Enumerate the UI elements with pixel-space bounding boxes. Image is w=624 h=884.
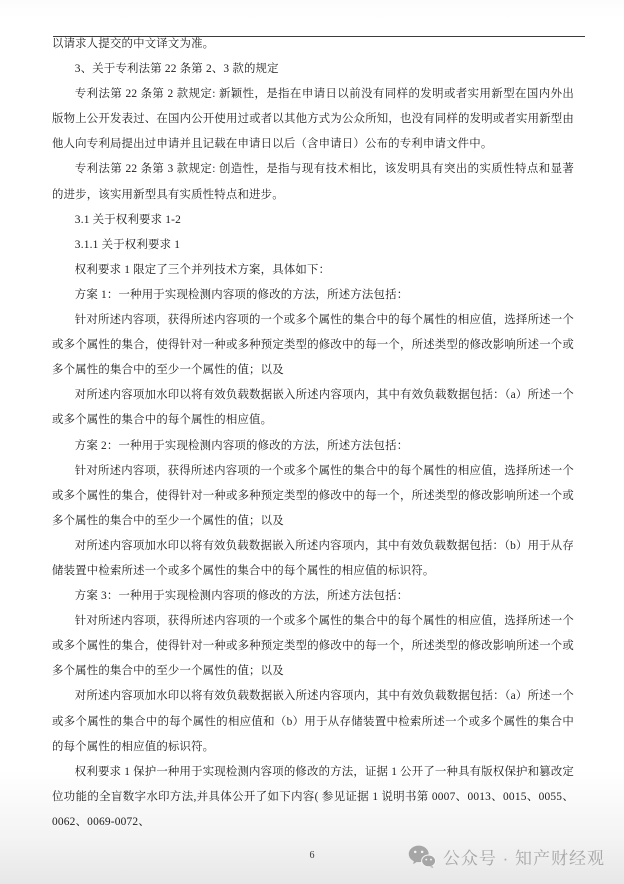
- paragraph: 对所述内容项加水印以将有效负载数据嵌入所述内容项内，其中有效负载数据包括：（b）…: [52, 534, 574, 584]
- document-page: { "document": { "paragraphs": [ { "inden…: [0, 0, 624, 884]
- paragraph: 针对所述内容项，获得所述内容项的一个或多个属性的集合中的每个属性的相应值，选择所…: [52, 459, 574, 534]
- paragraph: 3.1.1 关于权利要求 1: [52, 233, 574, 258]
- wechat-icon: [408, 845, 436, 868]
- paragraph: 方案 1：一种用于实现检测内容项的修改的方法，所述方法包括：: [52, 283, 574, 308]
- paragraph: 针对所述内容项，获得所述内容项的一个或多个属性的集合中的每个属性的相应值，选择所…: [52, 609, 574, 684]
- paragraph: 专利法第 22 条第 3 款规定: 创造性，是指与现有技术相比，该发明具有突出的…: [52, 157, 574, 207]
- paragraph: 权利要求 1 保护一种用于实现检测内容项的修改的方法，证据 1 公开了一种具有版…: [52, 760, 574, 835]
- paragraph: 对所述内容项加水印以将有效负载数据嵌入所述内容项内，其中有效负载数据包括：（a）…: [52, 684, 574, 759]
- paragraph: 以请求人提交的中文译文为准。: [52, 32, 574, 57]
- paragraph: 3.1 关于权利要求 1-2: [52, 208, 574, 233]
- paragraph: 专利法第 22 条第 2 款规定: 新颖性，是指在申请日以前没有同样的发明或者实…: [52, 82, 574, 157]
- watermark-label: 公众号 · 知产财经观: [443, 844, 605, 869]
- paragraph: 权利要求 1 限定了三个并列技术方案，具体如下：: [52, 258, 574, 283]
- paragraph: 3、关于专利法第 22 条第 2、3 款的规定: [52, 57, 574, 82]
- paragraph: 对所述内容项加水印以将有效负载数据嵌入所述内容项内，其中有效负载数据包括：（a）…: [52, 383, 574, 433]
- watermark: 公众号 · 知产财经观: [408, 844, 605, 869]
- paragraph: 方案 2：一种用于实现检测内容项的修改的方法，所述方法包括：: [52, 434, 574, 459]
- body-text: 以请求人提交的中文译文为准。3、关于专利法第 22 条第 2、3 款的规定专利法…: [52, 32, 574, 835]
- paragraph: 针对所述内容项，获得所述内容项的一个或多个属性的集合中的每个属性的相应值，选择所…: [52, 308, 574, 383]
- paragraph: 方案 3：一种用于实现检测内容项的修改的方法，所述方法包括：: [52, 584, 574, 609]
